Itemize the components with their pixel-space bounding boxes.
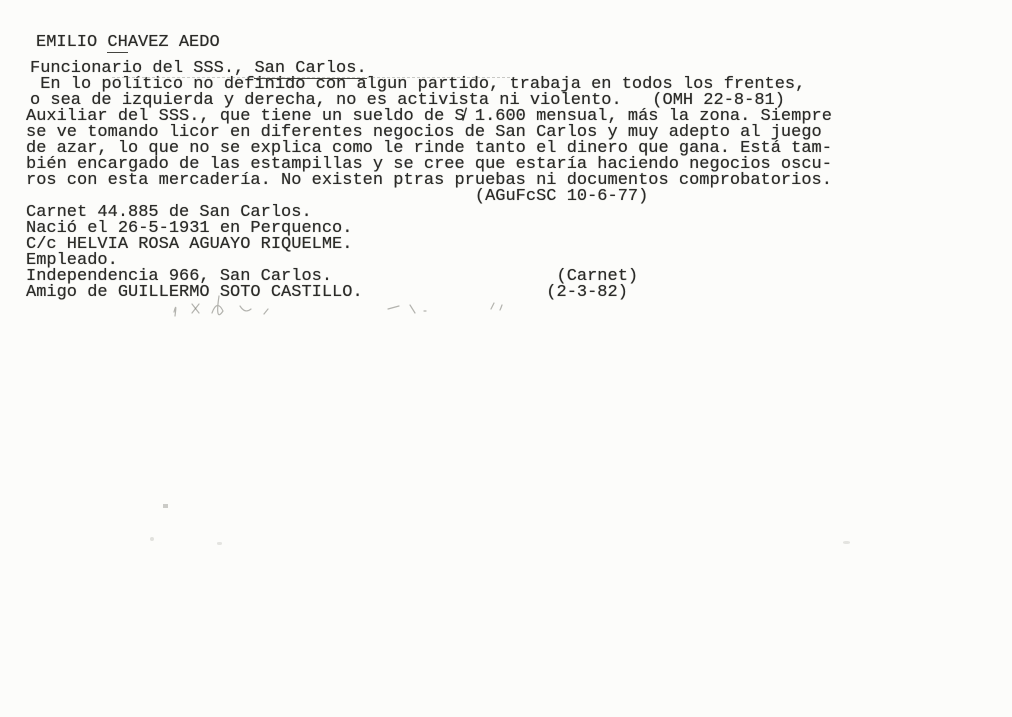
document-line-8: C/c HELVIA ROSA AGUAYO RIQUELME. <box>26 237 832 253</box>
pencil-underline-mark <box>112 76 515 78</box>
pencil-scribble-marks <box>150 292 570 326</box>
scan-speck <box>843 541 850 544</box>
subject-name-underlined: CH <box>107 33 127 53</box>
document-body: Auxiliar del SSS., que tiene un sueldo d… <box>26 109 832 301</box>
intro-lines: En lo político no definido con algun par… <box>30 77 805 109</box>
subject-name-post: AVEZ AEDO <box>128 33 220 52</box>
scan-speck <box>150 537 154 541</box>
scanned-document-page: EMILIO CHAVEZ AEDO Funcionario del SSS.,… <box>0 0 1012 717</box>
scan-speck <box>163 504 168 508</box>
intro-block: Funcionario del SSS., San Carlos. En lo … <box>30 61 805 109</box>
subject-name-pre: EMILIO <box>36 33 107 52</box>
subject-name: EMILIO CHAVEZ AEDO <box>36 35 220 51</box>
scan-speck <box>217 542 222 545</box>
